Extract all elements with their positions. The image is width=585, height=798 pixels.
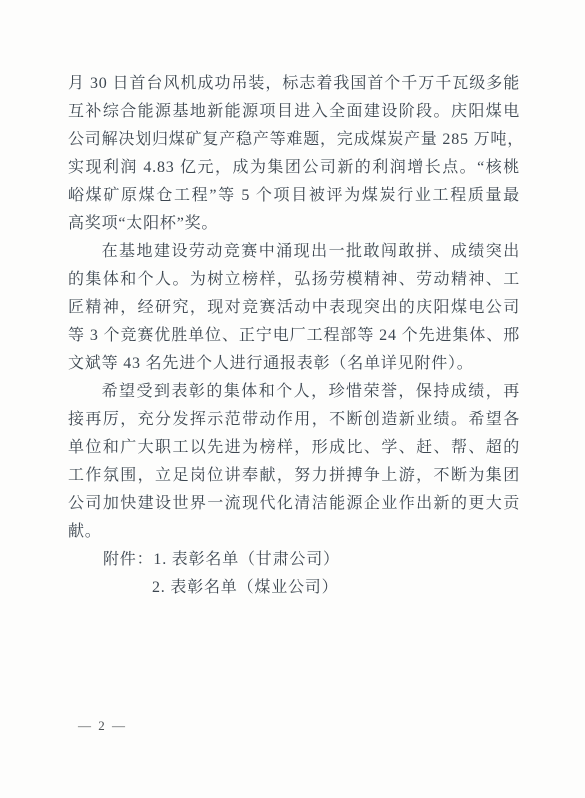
body-line: 公司加快建设世界一流现代化清洁能源企业作出新的更大贡 <box>68 490 520 518</box>
body-line: 文斌等 43 名先进个人进行通报表彰（名单详见附件）。 <box>68 350 520 378</box>
body-line: 工作氛围，立足岗位讲奉献，努力拼搏争上游，不断为集团 <box>68 462 520 490</box>
body-line: 高奖项“太阳杯”奖。 <box>68 210 520 238</box>
body-line: 互补综合能源基地新能源项目进入全面建设阶段。庆阳煤电 <box>68 98 520 126</box>
body-line: 峪煤矿原煤仓工程”等 5 个项目被评为煤炭行业工程质量最 <box>68 182 520 210</box>
body-line: 的集体和个人。为树立榜样，弘扬劳模精神、劳动精神、工 <box>68 266 520 294</box>
body-line: 接再厉，充分发挥示范带动作用，不断创造新业绩。希望各 <box>68 406 520 434</box>
body-line: 献。 <box>68 518 520 546</box>
attachment-line-2: 2. 表彰名单（煤业公司） <box>68 574 520 602</box>
body-line: 希望受到表彰的集体和个人，珍惜荣誉，保持成绩，再 <box>68 378 520 406</box>
body-line: 月 30 日首台风机成功吊装，标志着我国首个千万千瓦级多能 <box>68 70 520 98</box>
body-line: 单位和广大职工以先进为榜样，形成比、学、赶、帮、超的 <box>68 434 520 462</box>
body-line: 实现利润 4.83 亿元，成为集团公司新的利润增长点。“核桃 <box>68 154 520 182</box>
document-body: 月 30 日首台风机成功吊装，标志着我国首个千万千瓦级多能 互补综合能源基地新能… <box>68 70 520 602</box>
page-number: — 2 — <box>78 718 127 734</box>
body-line: 匠精神，经研究，现对竞赛活动中表现突出的庆阳煤电公司 <box>68 294 520 322</box>
document-page: 月 30 日首台风机成功吊装，标志着我国首个千万千瓦级多能 互补综合能源基地新能… <box>0 0 585 798</box>
body-line: 公司解决划归煤矿复产稳产等难题，完成煤炭产量 285 万吨， <box>68 126 520 154</box>
body-line: 等 3 个竞赛优胜单位、正宁电厂工程部等 24 个先进集体、邢 <box>68 322 520 350</box>
attachment-line-1: 附件：1. 表彰名单（甘肃公司） <box>68 546 520 574</box>
body-line: 在基地建设劳动竞赛中涌现出一批敢闯敢拼、成绩突出 <box>68 238 520 266</box>
